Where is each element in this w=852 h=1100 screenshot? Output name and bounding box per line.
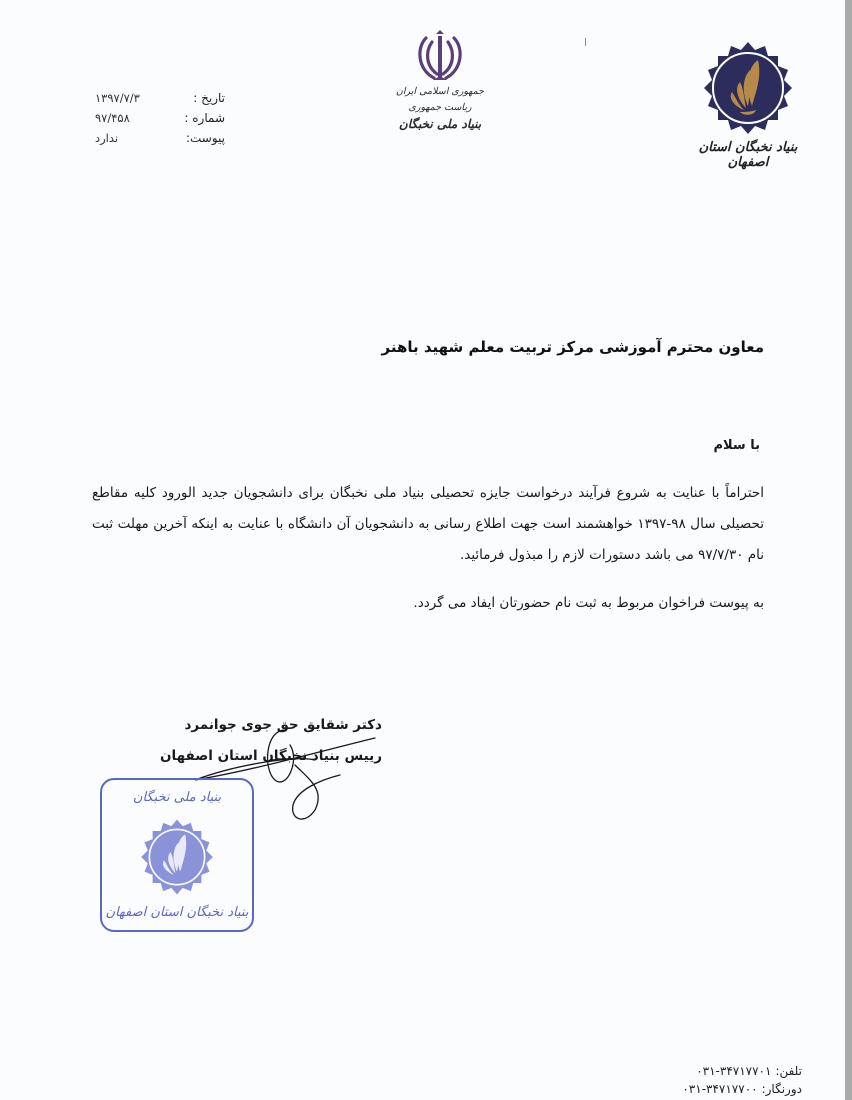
letter-recipient: معاون محترم آموزشی مرکز تربیت معلم شهید … — [382, 338, 764, 356]
contact-footer: تلفن: ۰۳۱-۳۴۷۱۷۷۰۱ دورنگار: ۰۳۱-۳۴۷۱۷۷۰۰ — [682, 1062, 802, 1098]
attachment-row: پیوست: ندارد — [95, 128, 225, 148]
body-paragraph: احتراماً با عنایت به شروع فرآیند درخواست… — [92, 478, 764, 571]
header-logo: بنیاد نخبگان استان اصفهان — [678, 40, 818, 170]
number-label: شماره : — [175, 108, 225, 128]
emblem-line-republic: جمهوری اسلامی ایران — [385, 84, 495, 100]
logo-caption: بنیاد نخبگان استان اصفهان — [678, 140, 818, 170]
date-row: تاریخ : ۱۳۹۷/۷/۳ — [95, 88, 225, 108]
stamp-top-text: بنیاد ملی نخبگان — [102, 790, 252, 805]
iran-emblem-icon — [412, 28, 468, 84]
header-emblem: جمهوری اسلامی ایران ریاست جمهوری بنیاد م… — [385, 28, 495, 132]
emblem-line-presidency: ریاست جمهوری — [385, 100, 495, 116]
number-value: ۹۷/۴۵۸ — [95, 108, 165, 128]
attachment-label: پیوست: — [175, 128, 225, 148]
letter-body: احتراماً با عنایت به شروع فرآیند درخواست… — [92, 478, 764, 619]
official-stamp: بنیاد ملی نخبگان بنیاد نخبگان استان اصفه… — [100, 778, 254, 932]
fax-row: دورنگار: ۰۳۱-۳۴۷۱۷۷۰۰ — [682, 1080, 802, 1098]
phone-label: تلفن: — [775, 1062, 802, 1080]
date-value: ۱۳۹۷/۷/۳ — [95, 88, 165, 108]
elites-foundation-logo-icon — [700, 40, 796, 136]
letter-meta: تاریخ : ۱۳۹۷/۷/۳ شماره : ۹۷/۴۵۸ پیوست: ن… — [95, 88, 225, 148]
fax-value: ۰۳۱-۳۴۷۱۷۷۰۰ — [682, 1080, 757, 1098]
letter-greeting: با سلام — [714, 438, 760, 453]
scan-edge-strip — [845, 0, 852, 1100]
phone-value: ۰۳۱-۳۴۷۱۷۷۰۱ — [696, 1062, 771, 1080]
fax-label: دورنگار: — [762, 1080, 802, 1098]
date-label: تاریخ : — [175, 88, 225, 108]
scan-mark — [585, 38, 586, 46]
number-row: شماره : ۹۷/۴۵۸ — [95, 108, 225, 128]
phone-row: تلفن: ۰۳۱-۳۴۷۱۷۷۰۱ — [682, 1062, 802, 1080]
stamp-logo-icon — [138, 818, 216, 896]
body-paragraph: به پیوست فراخوان مربوط به ثبت نام حضورتا… — [92, 588, 764, 619]
stamp-bottom-text: بنیاد نخبگان استان اصفهان — [102, 905, 252, 920]
attachment-value: ندارد — [95, 128, 165, 148]
emblem-line-foundation: بنیاد ملی نخبگان — [385, 116, 495, 132]
